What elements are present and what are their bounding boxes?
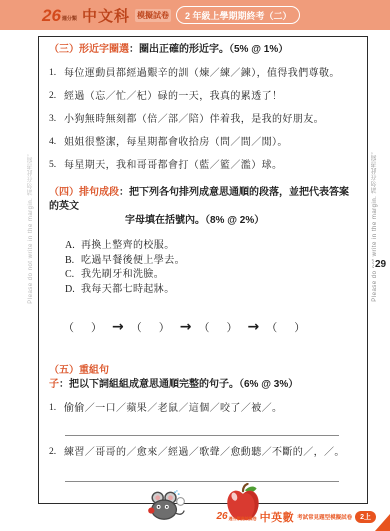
option-letter: D. bbox=[65, 283, 81, 296]
question-item: 1. 偷偷／一口／蘋果／老鼠／這個／咬了／被／。 bbox=[49, 402, 357, 415]
section-3-heading: （三）形近字圈選：圈出正確的形近字。（5% @ 1%） bbox=[49, 43, 357, 57]
question-text: 小狗無時無刻都（倍／部／陪）伴着我，是我的好朋友。 bbox=[64, 113, 324, 126]
question-item: 4. 姐姐很整潔，每星期都會收拾房（問／間／閒）。 bbox=[49, 136, 357, 149]
section-4-label: （四）排句成段 bbox=[49, 187, 119, 198]
answer-slot: （ ） bbox=[198, 319, 240, 335]
answer-blank-line bbox=[65, 435, 339, 436]
question-text: 每星期天，我和哥哥都會打（藍／籃／濫）球。 bbox=[64, 159, 282, 172]
question-text: 偷偷／一口／蘋果／老鼠／這個／咬了／被／。 bbox=[64, 402, 282, 415]
option-item: D. 我每天都七時起牀。 bbox=[49, 283, 357, 296]
footer-brand: 26 週分類高效操卷 中英數 考試常見題型模擬試卷 2上 bbox=[216, 509, 376, 525]
option-text: 我先刷牙和洗臉。 bbox=[81, 268, 164, 281]
arrow-right-icon: → bbox=[180, 322, 192, 332]
paper-type-label: 模擬試卷 bbox=[135, 9, 171, 22]
arrow-right-icon: → bbox=[247, 322, 259, 332]
question-item: 1. 每位運動員都經過艱辛的訓（煉／練／鍊），值得我們尊敬。 bbox=[49, 67, 357, 80]
option-item: C. 我先刷牙和洗臉。 bbox=[49, 268, 357, 281]
answer-sequence-row: （ ） → （ ） → （ ） → （ ） bbox=[49, 319, 357, 335]
arrow-right-icon: → bbox=[112, 322, 124, 332]
corner-accent bbox=[375, 514, 390, 531]
question-text: 每位運動員都經過艱辛的訓（煉／練／鍊），值得我們尊敬。 bbox=[64, 67, 340, 80]
option-item: B. 吃過早餐後便上學去。 bbox=[49, 254, 357, 267]
question-number: 3. bbox=[49, 113, 64, 126]
footer-logo-caption: 週分類高效操卷 bbox=[229, 517, 257, 521]
section-3-label: （三）形近字圈選 bbox=[49, 44, 129, 55]
footer-series-subtitle: 考試常見題型模擬試卷 bbox=[297, 513, 352, 521]
footer-logo-number: 26 bbox=[216, 512, 227, 522]
answer-slot: （ ） bbox=[266, 319, 308, 335]
section-5-instruction: ：把以下詞組組成意思通順完整的句子。（6% @ 3%） bbox=[59, 379, 298, 390]
section-5-heading: （五）重組句子：把以下詞組組成意思通順完整的句子。（6% @ 3%） bbox=[49, 364, 357, 392]
question-item: 5. 每星期天，我和哥哥都會打（藍／籃／濫）球。 bbox=[49, 159, 357, 172]
section-4-options: A. 再換上整齊的校服。 B. 吃過早餐後便上學去。 C. 我先刷牙和洗臉。 D… bbox=[49, 239, 357, 296]
question-text: 練習／哥哥的／愈來／經過／歌聲／愈動聽／不斷的／，／。 bbox=[64, 446, 345, 459]
question-number: 1. bbox=[49, 402, 64, 415]
footer-series-title: 中英數 bbox=[260, 509, 295, 525]
option-letter: A. bbox=[65, 239, 81, 252]
answer-blank-line bbox=[65, 481, 339, 482]
grade-badge: 2 年級上學期期終考（二） bbox=[176, 6, 301, 24]
option-text: 吃過早餐後便上學去。 bbox=[81, 254, 185, 267]
question-number: 2. bbox=[49, 90, 64, 103]
question-number: 1. bbox=[49, 67, 64, 80]
margin-note-right: Please do not write in the margin. 請勿在此書… bbox=[370, 148, 379, 302]
section-4-instruction-line2: 字母填在括號內。（8% @ 2%） bbox=[49, 214, 357, 228]
header-bar: 26 週分類 中文科 模擬試卷 2 年級上學期期終考（二） bbox=[0, 0, 390, 30]
option-text: 我每天都七時起牀。 bbox=[81, 283, 175, 296]
question-text: 姐姐很整潔，每星期都會收拾房（問／間／閒）。 bbox=[64, 136, 288, 149]
page-number: 29 bbox=[374, 258, 387, 271]
question-text: 經過（忘／忙／杞）碌的一天，我真的累透了！ bbox=[64, 90, 282, 103]
mouse-icon bbox=[144, 489, 186, 528]
option-letter: B. bbox=[65, 254, 81, 267]
section-4-heading: （四）排句成段：把下列各句排列成意思通順的段落，並把代表答案的英文 字母填在括號… bbox=[49, 186, 357, 228]
question-number: 2. bbox=[49, 446, 64, 459]
option-letter: C. bbox=[65, 268, 81, 281]
question-item: 3. 小狗無時無刻都（倍／部／陪）伴着我，是我的好朋友。 bbox=[49, 113, 357, 126]
margin-note-left: Please do not write in the margin. 請勿在此書… bbox=[26, 150, 35, 304]
option-text: 再換上整齊的校服。 bbox=[81, 239, 175, 252]
question-number: 4. bbox=[49, 136, 64, 149]
footer-logo: 26 週分類高效操卷 bbox=[216, 512, 256, 522]
publisher-logo-caption: 週分類 bbox=[62, 17, 77, 22]
publisher-logo: 26 週分類 bbox=[42, 7, 77, 24]
answer-slot: （ ） bbox=[63, 319, 105, 335]
question-item: 2. 練習／哥哥的／愈來／經過／歌聲／愈動聽／不斷的／，／。 bbox=[49, 446, 357, 459]
subject-title: 中文科 bbox=[82, 5, 130, 26]
question-number: 5. bbox=[49, 159, 64, 172]
option-item: A. 再換上整齊的校服。 bbox=[49, 239, 357, 252]
section-3-instruction: ：圈出正確的形近字。（5% @ 1%） bbox=[129, 44, 288, 55]
question-item: 2. 經過（忘／忙／杞）碌的一天，我真的累透了！ bbox=[49, 90, 357, 103]
answer-slot: （ ） bbox=[131, 319, 173, 335]
footer-volume-badge: 2上 bbox=[355, 511, 376, 523]
exam-content-box: （三）形近字圈選：圈出正確的形近字。（5% @ 1%） 1. 每位運動員都經過艱… bbox=[38, 36, 368, 504]
publisher-logo-number: 26 bbox=[42, 7, 61, 24]
